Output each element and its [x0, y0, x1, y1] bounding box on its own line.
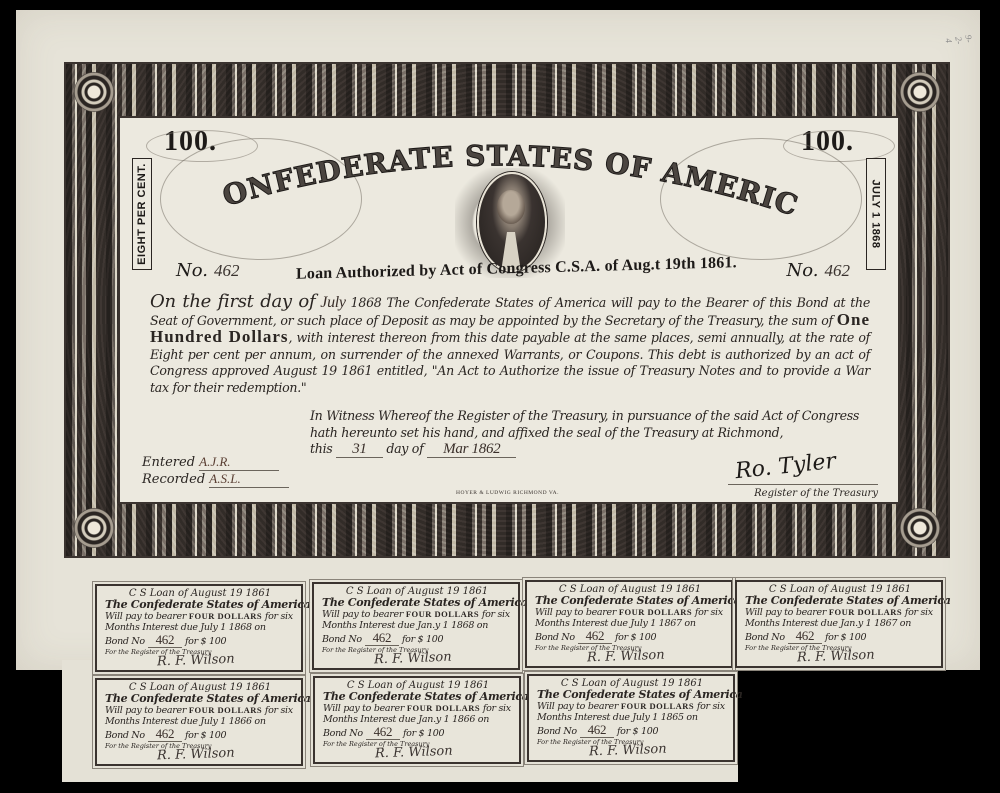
coupon-pay-line: Will pay to bearer FOUR DOLLARS for six	[535, 607, 725, 619]
register-label: Register of the Treasury	[754, 488, 878, 499]
coupon-issuer: The Confederate States of America	[537, 689, 727, 701]
coupon-bond-line: Bond No 462 for $ 100	[535, 630, 725, 644]
bond-number-right: No.462	[787, 260, 851, 281]
coupon-bond-line: Bond No 462 for $ 100	[105, 634, 295, 648]
coupon-pay-line: Will pay to bearer FOUR DOLLARS for six	[322, 609, 512, 621]
coupon-issuer: The Confederate States of America	[322, 597, 512, 609]
coupon-due-line: Months Interest due July 1 1865 on	[537, 712, 727, 724]
pencil-note: 9-2-4	[943, 34, 974, 47]
coupon-1: C S Loan of August 19 1861 The Confedera…	[95, 584, 303, 672]
coupon-bond-number: 462	[366, 724, 401, 740]
coupon-pay-line: Will pay to bearer FOUR DOLLARS for six	[105, 611, 295, 623]
coupon-due-line: Months Interest due July 1 1868 on	[105, 622, 295, 634]
coupon-signature: R. F. Wilson	[157, 746, 235, 764]
portrait-engraving-icon	[477, 172, 547, 272]
entered-initials: A.J.R.	[199, 454, 279, 471]
coupon-pay-line: Will pay to bearer FOUR DOLLARS for six	[537, 701, 727, 713]
coupon-bond-line: Bond No 462 for $ 100	[323, 726, 513, 740]
coupon-amount: FOUR DOLLARS	[189, 611, 262, 621]
coupon-bond-number: 462	[365, 630, 400, 646]
coupon-pay-line: Will pay to bearer FOUR DOLLARS for six	[105, 705, 295, 717]
recorded-initials: A.S.L.	[209, 471, 289, 488]
issue-month-year: Mar 1862	[427, 441, 516, 458]
coupon-bond-line: Bond No 462 for $ 100	[745, 630, 935, 644]
bond-number-left: No.462	[176, 260, 240, 281]
coupon-due-line: Months Interest due Jan.y 1 1867 on	[745, 618, 935, 630]
coupon-signature: R. F. Wilson	[375, 744, 453, 762]
coupon-issuer: The Confederate States of America	[745, 595, 935, 607]
coupon-amount: FOUR DOLLARS	[621, 701, 694, 711]
coupon-bond-number: 462	[578, 628, 613, 644]
coupon-amount: FOUR DOLLARS	[829, 607, 902, 617]
coupon-bond-line: Bond No 462 for $ 100	[322, 632, 512, 646]
corner-rosette-icon	[74, 508, 114, 548]
coupon-pay-line: Will pay to bearer FOUR DOLLARS for six	[745, 607, 935, 619]
coupon-issuer: The Confederate States of America	[323, 691, 513, 703]
coupon-due-line: Months Interest due Jan.y 1 1866 on	[323, 714, 513, 726]
coupon-4: C S Loan of August 19 1861 The Confedera…	[735, 580, 943, 668]
coupon-signature: R. F. Wilson	[589, 742, 667, 760]
corner-rosette-icon	[900, 72, 940, 112]
coupon-amount: FOUR DOLLARS	[407, 703, 480, 713]
coupon-bond-number: 462	[148, 632, 183, 648]
coupon-bond-line: Bond No 462 for $ 100	[105, 728, 295, 742]
coupon-due-line: Months Interest due July 1 1867 on	[535, 618, 725, 630]
coupon-6: C S Loan of August 19 1861 The Confedera…	[313, 676, 521, 764]
bond-body-text: On the first day of July 1868 The Confed…	[150, 294, 870, 396]
coupon-bond-number: 462	[788, 628, 823, 644]
coupon-signature: R. F. Wilson	[157, 652, 235, 670]
coupon-bond-number: 462	[148, 726, 183, 742]
bond-face: 100. 100. EIGHT PER CENT. JULY 1 1868 CO…	[118, 116, 900, 504]
coupon-signature: R. F. Wilson	[374, 650, 452, 668]
coupon-signature: R. F. Wilson	[797, 648, 875, 666]
coupon-due-line: Months Interest due Jan.y 1 1868 on	[322, 620, 512, 632]
maturity-date-label: JULY 1 1868	[866, 158, 886, 270]
interest-rate-label: EIGHT PER CENT.	[132, 158, 152, 270]
coupon-issuer: The Confederate States of America	[105, 599, 295, 611]
coupon-bond-number: 462	[580, 722, 615, 738]
coupon-due-line: Months Interest due July 1 1866 on	[105, 716, 295, 728]
coupon-bond-line: Bond No 462 for $ 100	[537, 724, 727, 738]
coupon-amount: FOUR DOLLARS	[406, 609, 479, 619]
coupon-3: C S Loan of August 19 1861 The Confedera…	[525, 580, 733, 668]
entry-record: Entered A.J.R. Recorded A.S.L.	[142, 454, 289, 488]
coupon-amount: FOUR DOLLARS	[189, 705, 262, 715]
coupon-2: C S Loan of August 19 1861 The Confedera…	[312, 582, 520, 670]
signature-line	[728, 484, 878, 485]
corner-rosette-icon	[74, 72, 114, 112]
issue-day: 31	[336, 441, 382, 458]
coupon-5: C S Loan of August 19 1861 The Confedera…	[95, 678, 303, 766]
corner-rosette-icon	[900, 508, 940, 548]
coupon-7: C S Loan of August 19 1861 The Confedera…	[527, 674, 735, 762]
coupon-signature: R. F. Wilson	[587, 648, 665, 666]
witness-clause: In Witness Whereof the Register of the T…	[310, 408, 870, 458]
coupon-pay-line: Will pay to bearer FOUR DOLLARS for six	[323, 703, 513, 715]
coupon-issuer: The Confederate States of America	[535, 595, 725, 607]
coupon-issuer: The Confederate States of America	[105, 693, 295, 705]
printer-imprint: HOYER & LUDWIG RICHMOND VA.	[456, 490, 559, 496]
coupon-amount: FOUR DOLLARS	[619, 607, 692, 617]
